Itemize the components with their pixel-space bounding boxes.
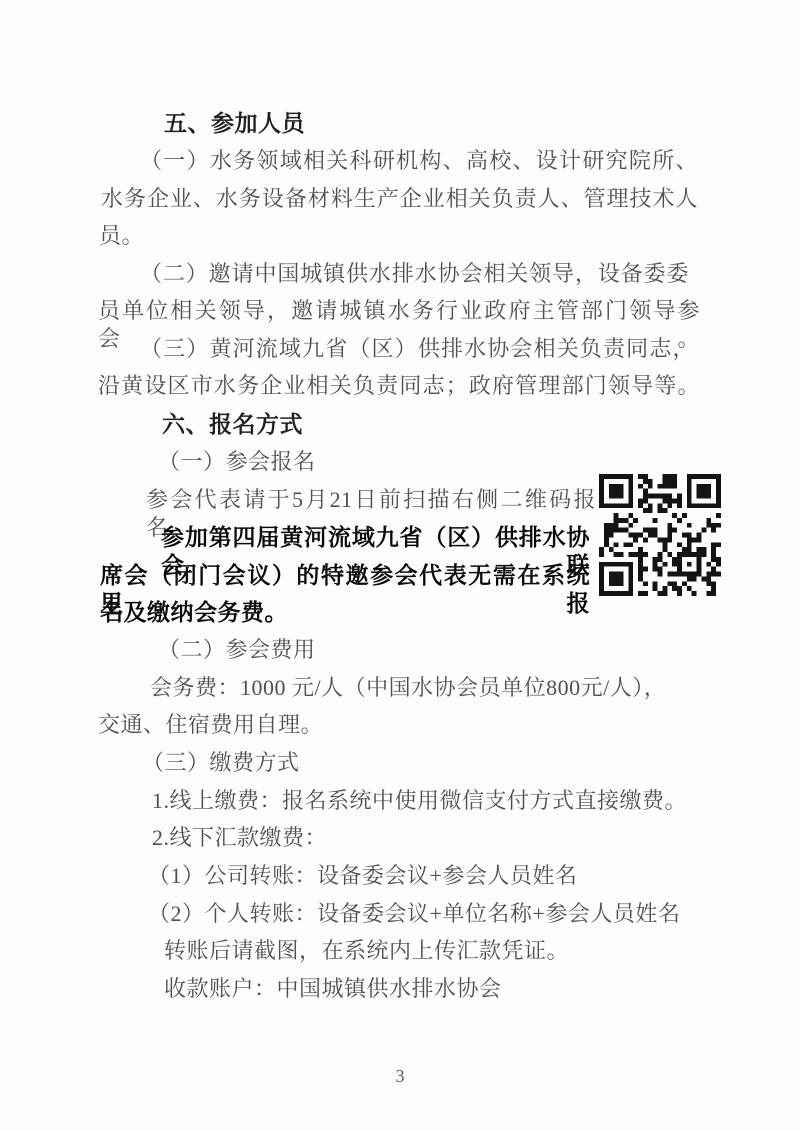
paragraph-line: （2）个人转账：设备委会议+单位名称+参会人员姓名 (148, 900, 680, 928)
registration-qr-code (599, 474, 721, 596)
paragraph-line: 1.线上缴费：报名系统中使用微信支付方式直接缴费。 (152, 787, 687, 815)
document-page: 五、参加人员（一）水务领域相关科研机构、高校、设计研究院所、水务企业、水务设备材… (0, 0, 800, 1131)
section-heading-5: 五、参加人员 (164, 109, 305, 137)
paragraph-line: 交通、住宿费用自理。 (98, 711, 323, 739)
page-number: 3 (380, 1066, 420, 1087)
paragraph-line: （一）参会报名 (158, 448, 316, 476)
paragraph-line: （三）黄河流域九省（区）供排水协会相关负责同志， (140, 335, 695, 363)
paragraph-line: 员。 (99, 222, 144, 250)
paragraph-line: （一）水务领域相关科研机构、高校、设计研究院所、 (140, 147, 698, 175)
paragraph-line: （1）公司转账：设备委会议+参会人员姓名 (148, 862, 577, 890)
paragraph-line: 水务企业、水务设备材料生产企业相关负责人、管理技术人 (101, 185, 698, 213)
paragraph-line: （二）参会费用 (158, 636, 316, 664)
paragraph-line: 转账后请截图，在系统内上传汇款凭证。 (164, 937, 569, 965)
paragraph-line: 会务费：1000 元/人（中国水协会员单位800元/人）， (150, 674, 666, 702)
paragraph-line: 收款账户：中国城镇供水排水协会 (164, 975, 502, 1003)
paragraph-line: 沿黄设区市水务企业相关负责同志；政府管理部门领导等。 (98, 372, 700, 400)
paragraph-line: （三）缴费方式 (142, 749, 300, 777)
section-heading-6: 六、报名方式 (162, 410, 303, 438)
paragraph-line: 名及缴纳会务费。 (100, 598, 288, 626)
paragraph-line: 2.线下汇款缴费： (152, 824, 327, 852)
paragraph-line: （二）邀请中国城镇供水排水协会相关领导，设备委委 (140, 260, 689, 288)
